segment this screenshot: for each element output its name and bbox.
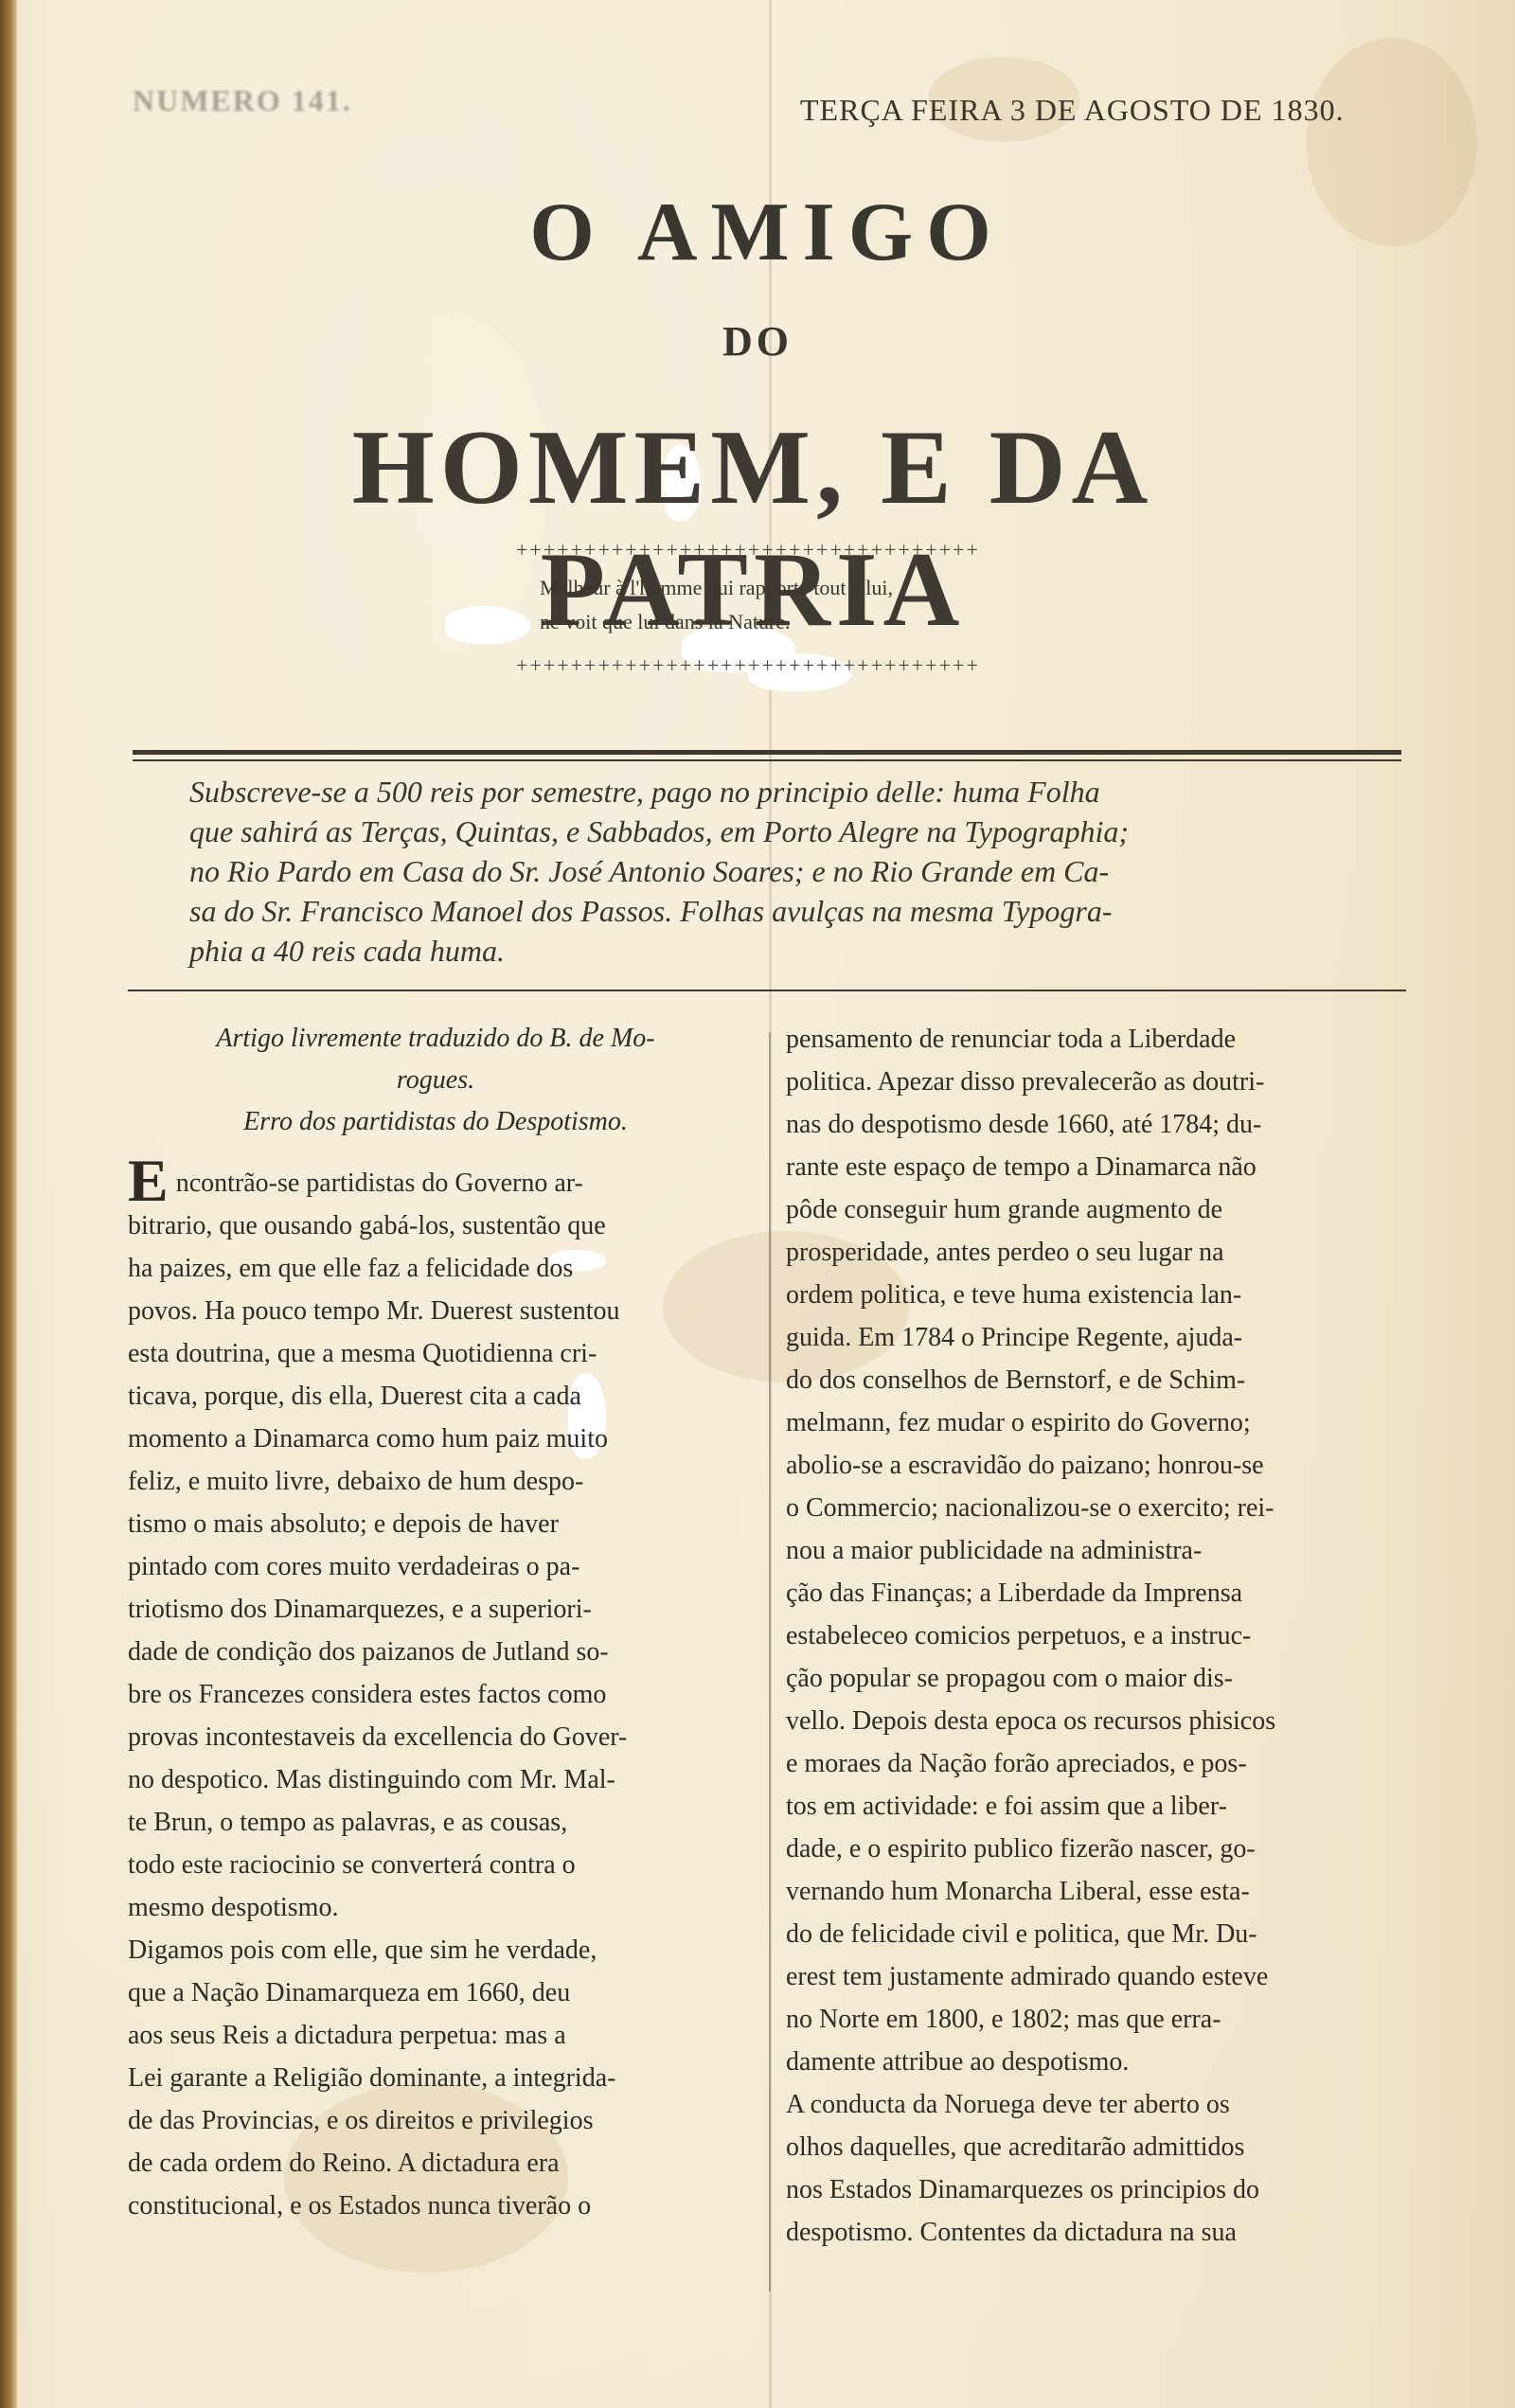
text-line: que a Nação Dinamarqueza em 1660, deu [128, 1971, 743, 2014]
text-line: te Brun, o tempo as palavras, e as cousa… [128, 1801, 743, 1844]
masthead-title-line1: O AMIGO [0, 185, 1515, 280]
text-line: esta doutrina, que a mesma Quotidienna c… [128, 1332, 743, 1375]
text-line: rante este espaço de tempo a Dinamarca n… [786, 1146, 1401, 1188]
text-line: nas do despotismo desde 1660, até 1784; … [786, 1103, 1401, 1146]
text-line: olhos daquelles, que acreditarão admitti… [786, 2126, 1401, 2168]
text-line: no despotico. Mas distinguindo com Mr. M… [128, 1758, 743, 1801]
text-line: de cada ordem do Reino. A dictadura era [128, 2142, 743, 2185]
text-line: todo este raciocinio se converterá contr… [128, 1844, 743, 1886]
text-line: despotismo. Contentes da dictadura na su… [786, 2211, 1401, 2254]
text-line: do dos conselhos de Bernstorf, e de Schi… [786, 1359, 1401, 1401]
text-line: de das Provincias, e os direitos e privi… [128, 2099, 743, 2142]
article-column-left: Artigo livremente traduzido do B. de Mo-… [128, 1018, 743, 2227]
subscription-line: Subscreve-se a 500 reis por semestre, pa… [189, 772, 1411, 812]
text-line: ticava, porque, dis ella, Duerest cita a… [128, 1375, 743, 1418]
article-column-right: pensamento de renunciar toda a Liberdade… [786, 1018, 1401, 2254]
article-source-cont: rogues. [128, 1060, 743, 1101]
subscription-notice: Subscreve-se a 500 reis por semestre, pa… [189, 772, 1411, 971]
drop-cap: E [128, 1162, 169, 1200]
text-line: nos Estados Dinamarquezes os principios … [786, 2168, 1401, 2211]
article-source: Artigo livremente traduzido do B. de Mo- [128, 1018, 743, 1060]
text-line: prosperidade, antes perdeo o seu lugar n… [786, 1231, 1401, 1274]
text-line: constitucional, e os Estados nunca tiver… [128, 2185, 743, 2227]
subscription-line: no Rio Pardo em Casa do Sr. José Antonio… [189, 851, 1411, 891]
text-line: Digamos pois com elle, que sim he verdad… [128, 1929, 743, 1971]
text-line: feliz, e muito livre, debaixo de hum des… [128, 1460, 743, 1503]
text-line: A conducta da Noruega deve ter aberto os [786, 2083, 1401, 2126]
text-line: tos em actividade: e foi assim que a lib… [786, 1785, 1401, 1828]
text-line: erest tem justamente admirado quando est… [786, 1955, 1401, 1998]
text-line: vernando hum Monarcha Liberal, esse esta… [786, 1870, 1401, 1913]
text-line: ção das Finanças; a Liberdade da Imprens… [786, 1572, 1401, 1614]
text-line: e moraes da Nação forão apreciados, e po… [786, 1742, 1401, 1785]
text-line: povos. Ha pouco tempo Mr. Duerest susten… [128, 1290, 743, 1332]
text-line: dade, e o espirito publico fizerão nasce… [786, 1828, 1401, 1870]
section-rule [133, 750, 1401, 755]
text-line: triotismo dos Dinamarquezes, e a superio… [128, 1588, 743, 1631]
text-line: damente attribue ao despotismo. [786, 2041, 1401, 2083]
text-line: mesmo despotismo. [128, 1886, 743, 1929]
text-line: nou a maior publicidade na administra- [786, 1529, 1401, 1572]
text-line: dade de condição dos paizanos de Jutland… [128, 1631, 743, 1673]
text-line: pôde conseguir hum grande augmento de [786, 1188, 1401, 1231]
text-line: estabeleceo comicios perpetuos, e a inst… [786, 1614, 1401, 1657]
text-line: o Commercio; nacionalizou-se o exercito;… [786, 1487, 1401, 1529]
text-line: vello. Depois desta epoca os recursos ph… [786, 1700, 1401, 1742]
motto-line-2: ne voit que lui dans la Nature. [540, 606, 1051, 638]
ornament-rule-bottom: ++++++++++++++++++++++++++++++++++ [516, 653, 1018, 678]
subscription-line: sa do Sr. Francisco Manoel dos Passos. F… [189, 891, 1411, 931]
ornament-rule-top: ++++++++++++++++++++++++++++++++++ [516, 538, 1018, 562]
text-line: no Norte em 1800, e 1802; mas que erra- [786, 1998, 1401, 2041]
section-rule [128, 990, 1406, 991]
text-line: Lei garante a Religião dominante, a inte… [128, 2057, 743, 2099]
text-line: pintado com cores muito verdadeiras o pa… [128, 1545, 743, 1588]
newspaper-page: NUMERO 141. TERÇA FEIRA 3 DE AGOSTO DE 1… [0, 0, 1515, 2408]
text-line: ncontrão-se partidistas do Governo ar- [176, 1162, 743, 1204]
text-line: politica. Apezar disso prevalecerão as d… [786, 1061, 1401, 1103]
masthead-title-line2: DO [0, 317, 1515, 366]
motto-line-1: Malheur à l'homme qui rapporte tout à lu… [540, 572, 1051, 604]
text-line: ha paizes, em que elle faz a felicidade … [128, 1247, 743, 1290]
text-line: tismo o mais absoluto; e depois de haver [128, 1503, 743, 1545]
text-line: abolio-se a escravidão do paizano; honro… [786, 1444, 1401, 1487]
text-line: bitrario, que ousando gabá-los, sustentã… [128, 1204, 743, 1247]
text-line: guida. Em 1784 o Principe Regente, ajuda… [786, 1316, 1401, 1359]
text-line: ção popular se propagou com o maior dis- [786, 1657, 1401, 1700]
subscription-line: que sahirá as Terças, Quintas, e Sabbado… [189, 812, 1411, 851]
issue-date: TERÇA FEIRA 3 DE AGOSTO DE 1830. [800, 93, 1345, 128]
article-title: Erro dos partidistas do Despotismo. [128, 1101, 743, 1143]
section-rule [133, 759, 1401, 761]
column-divider [769, 1032, 771, 2292]
text-line: momento a Dinamarca como hum paiz muito [128, 1418, 743, 1460]
text-line: melmann, fez mudar o espirito do Governo… [786, 1401, 1401, 1444]
text-line: provas incontestaveis da excellencia do … [128, 1716, 743, 1758]
subscription-line: phia a 40 reis cada huma. [189, 931, 1411, 971]
text-line: ordem politica, e teve huma existencia l… [786, 1274, 1401, 1316]
text-line: aos seus Reis a dictadura perpetua: mas … [128, 2014, 743, 2057]
text-line: bre os Francezes considera estes factos … [128, 1673, 743, 1716]
issue-number: NUMERO 141. [133, 83, 352, 118]
text-line: pensamento de renunciar toda a Liberdade [786, 1018, 1401, 1061]
text-line: do de felicidade civil e politica, que M… [786, 1913, 1401, 1955]
